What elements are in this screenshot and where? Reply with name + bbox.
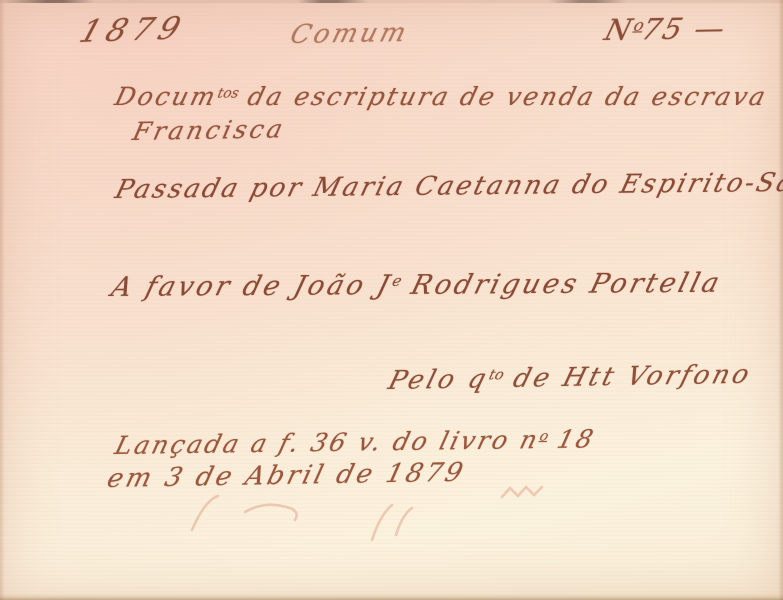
line-register-folio: Lançada a f. 36 v. do livro no 18 bbox=[112, 424, 599, 460]
line1-rest: da escriptura de venda da escrava bbox=[234, 82, 771, 111]
line5-rest: de Htt Vorfono bbox=[499, 360, 756, 394]
header-document-number: No75 — bbox=[601, 11, 731, 47]
manuscript-page: 1879 Comum No75 — Documtos da escriptura… bbox=[0, 0, 783, 600]
paper-edge-top bbox=[0, 0, 783, 3]
line4-base: A favor de João J bbox=[108, 270, 395, 303]
line-grantee: A favor de João Je Rodrigues Portella bbox=[108, 268, 725, 303]
document-number-value: 75 — bbox=[638, 11, 731, 46]
line6-rest: 18 bbox=[544, 424, 599, 454]
line-slave-name: Francisca bbox=[130, 114, 288, 146]
header-year: 1879 bbox=[75, 10, 191, 50]
line4-rest: Rodrigues Portella bbox=[396, 268, 725, 301]
line6-base: Lançada a f. 36 v. do livro n bbox=[112, 425, 543, 460]
line-grantor: Passada por Maria Caetanna do Espirito-S… bbox=[112, 167, 783, 205]
line-register-date: em 3 de Abril de 1879 bbox=[104, 458, 469, 494]
line-notary-reference: Pelo qto de Htt Vorfono bbox=[385, 360, 755, 396]
header-title-word: Comum bbox=[287, 18, 412, 50]
line1-base: Docum bbox=[112, 82, 221, 111]
paper-edge-bottom bbox=[0, 593, 783, 600]
line5-base: Pelo q bbox=[385, 364, 492, 396]
paper-edge-left bbox=[0, 0, 5, 600]
paper-edge-right bbox=[778, 0, 783, 600]
line-documents-of-deed: Documtos da escriptura de venda da escra… bbox=[112, 82, 771, 111]
